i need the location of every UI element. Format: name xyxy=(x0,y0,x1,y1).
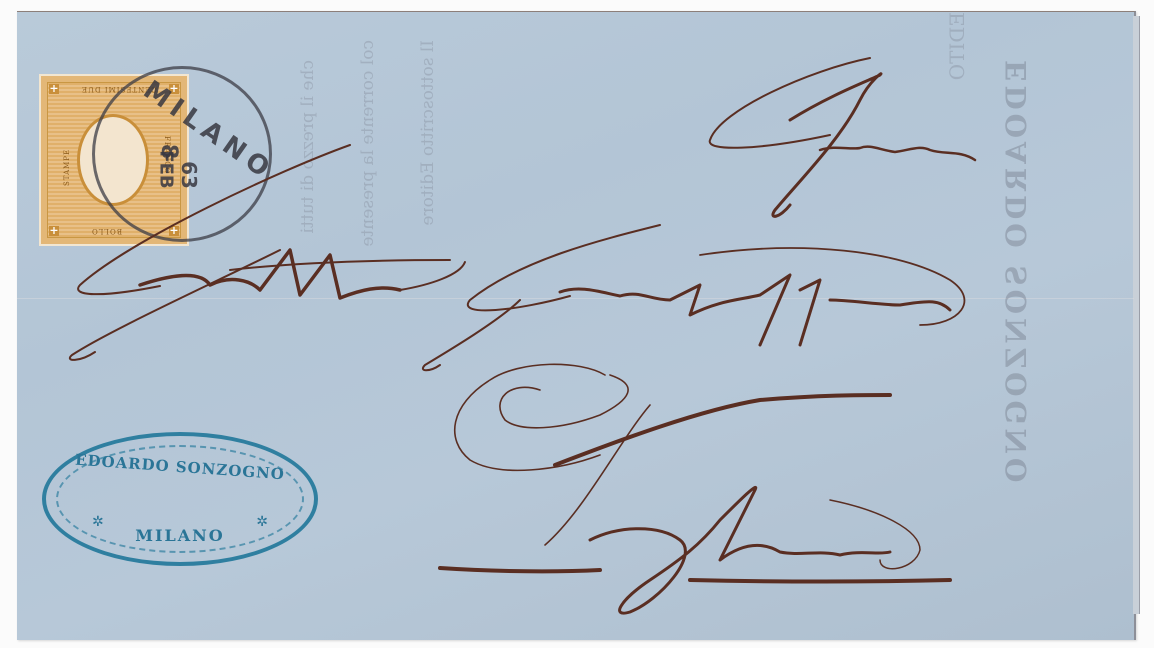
handwriting-gatti xyxy=(70,145,465,360)
handwriting-voghera xyxy=(440,364,950,613)
handwriting-signor xyxy=(710,58,975,216)
handwritten-address xyxy=(0,0,1154,648)
handwriting-giuseppe xyxy=(423,225,965,370)
